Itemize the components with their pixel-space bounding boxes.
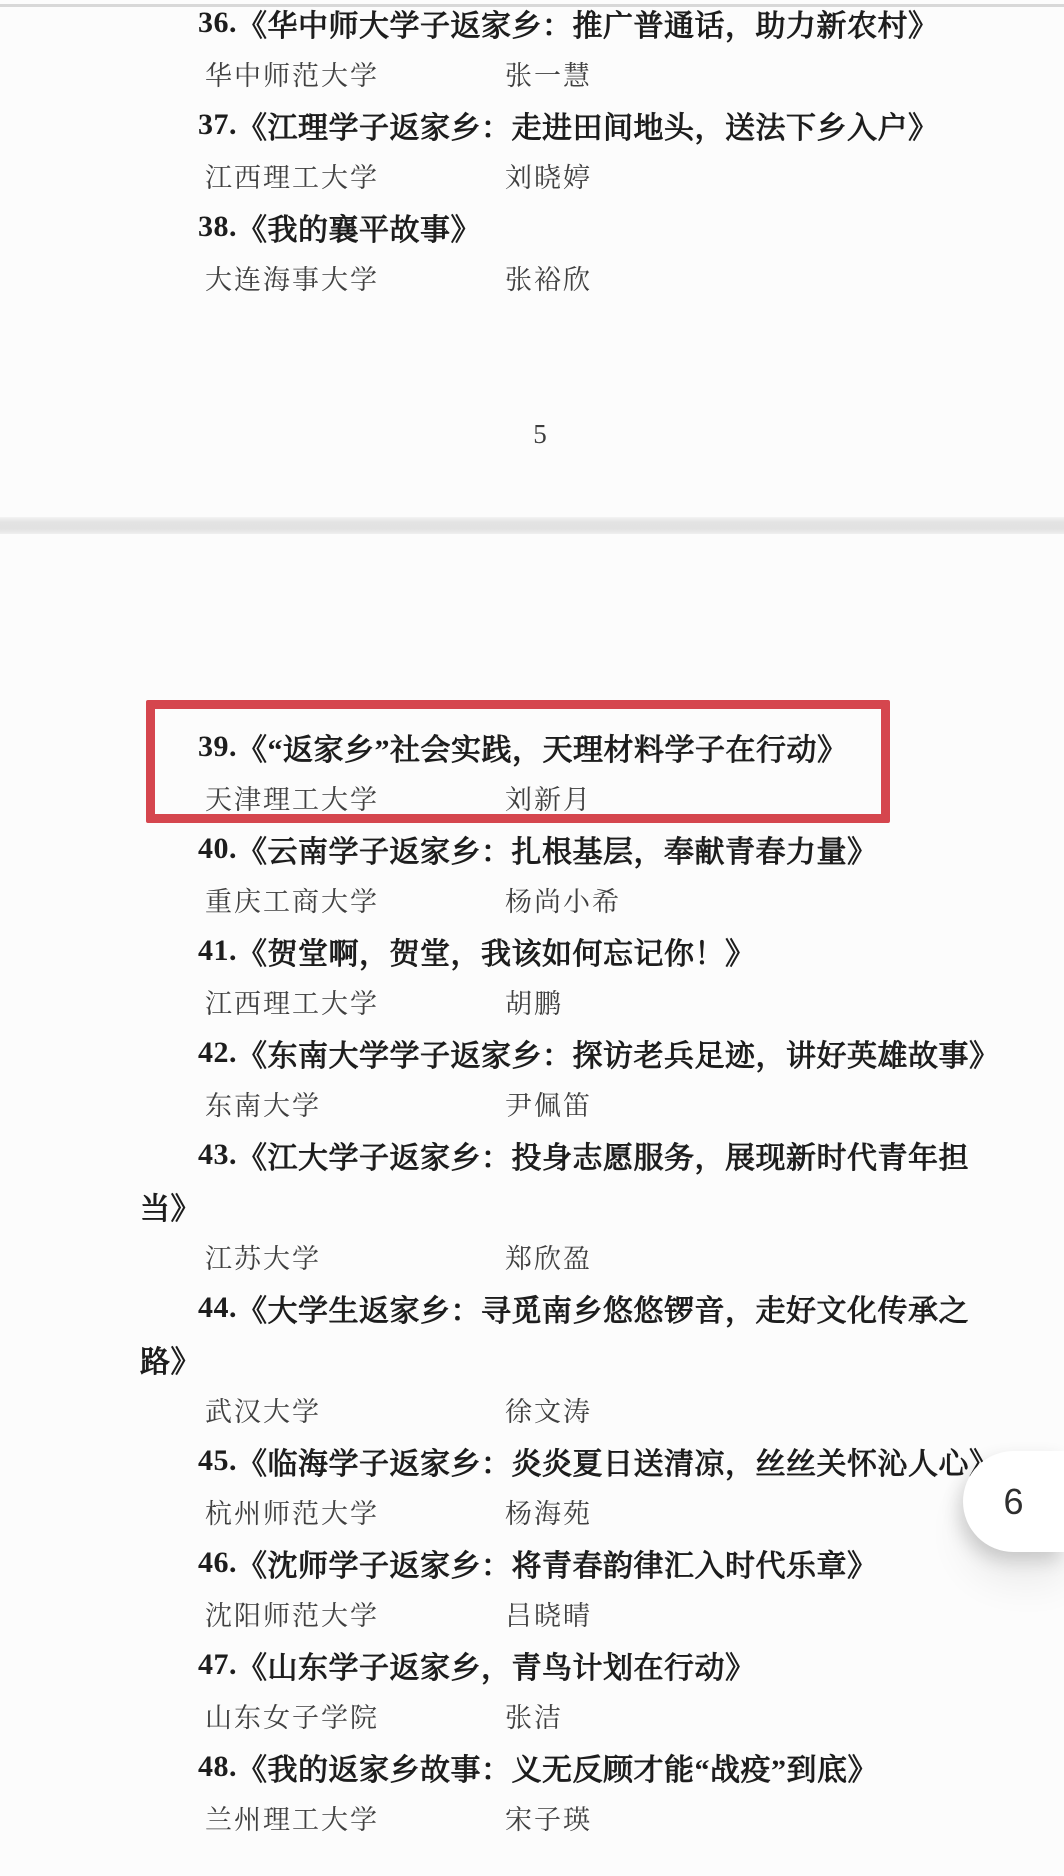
entry-39-title-line: 39.《“返家乡”社会实践，天理材料学子在行动》 bbox=[0, 721, 1064, 772]
page-indicator-number: 6 bbox=[1003, 1481, 1023, 1523]
entry-46-credit-line: 沈阳师范大学吕晓晴 bbox=[0, 1588, 1064, 1639]
entry-48-credit-line: 兰州理工大学宋子瑛 bbox=[0, 1792, 1064, 1843]
entry-author: 杨海苑 bbox=[505, 1492, 592, 1531]
entry-47-title-line: 47.《山东学子返家乡，青鸟计划在行动》 bbox=[0, 1639, 1064, 1690]
entry-title-continued: 当》 bbox=[140, 1184, 201, 1228]
entry-author: 刘新月 bbox=[505, 778, 592, 817]
entry-number: 48. bbox=[198, 1750, 237, 1784]
entry-school: 东南大学 bbox=[205, 1084, 505, 1123]
entry-title: 《大学生返家乡：寻觅南乡悠悠锣音，走好文化传承之 bbox=[237, 1286, 969, 1330]
entry-47-credit-line: 山东女子学院张洁 bbox=[0, 1690, 1064, 1741]
entry-44-title-line: 44.《大学生返家乡：寻觅南乡悠悠锣音，走好文化传承之 bbox=[0, 1282, 1064, 1333]
entry-title: 《我的襄平故事》 bbox=[237, 205, 481, 249]
entry-37-title-line: 37.《江理学子返家乡：走进田间地头，送法下乡入户》 bbox=[0, 99, 1064, 150]
entry-40-title-line: 40.《云南学子返家乡：扎根基层，奉献青春力量》 bbox=[0, 823, 1064, 874]
document-viewer: 36.《华中师大学子返家乡：推广普通话，助力新农村》 华中师范大学张一慧 37.… bbox=[0, 0, 1064, 1876]
entry-title-continued: 路》 bbox=[140, 1337, 201, 1381]
entry-author: 杨尚小希 bbox=[505, 880, 621, 919]
entry-title: 《沈师学子返家乡：将青春韵律汇入时代乐章》 bbox=[237, 1541, 878, 1585]
entry-number: 46. bbox=[198, 1546, 237, 1580]
page-indicator-pill[interactable]: 6 bbox=[963, 1451, 1064, 1552]
entry-number: 36. bbox=[198, 6, 237, 40]
entry-author: 郑欣盈 bbox=[505, 1237, 592, 1276]
entry-author: 宋子瑛 bbox=[505, 1798, 592, 1837]
entry-37-credit-line: 江西理工大学刘晓婷 bbox=[0, 150, 1064, 201]
entry-title: 《东南大学学子返家乡：探访老兵足迹，讲好英雄故事》 bbox=[237, 1031, 1000, 1075]
entry-title: 《贺堂啊，贺堂，我该如何忘记你！》 bbox=[237, 929, 756, 973]
page-5-footer-number: 5 bbox=[0, 419, 1064, 450]
entry-36-title-line: 36.《华中师大学子返家乡：推广普通话，助力新农村》 bbox=[0, 0, 1064, 48]
entry-school: 江苏大学 bbox=[205, 1237, 505, 1276]
entry-number: 37. bbox=[198, 108, 237, 142]
entry-title: 《江理学子返家乡：走进田间地头，送法下乡入户》 bbox=[237, 103, 939, 147]
entry-title: 《“返家乡”社会实践，天理材料学子在行动》 bbox=[237, 725, 848, 769]
entry-school: 武汉大学 bbox=[205, 1390, 505, 1429]
entry-38-credit-line: 大连海事大学张裕欣 bbox=[0, 252, 1064, 303]
entry-43-title-wrap-line: 当》 bbox=[0, 1180, 1064, 1231]
entry-author: 徐文涛 bbox=[505, 1390, 592, 1429]
entry-author: 尹佩笛 bbox=[505, 1084, 592, 1123]
entry-41-title-line: 41.《贺堂啊，贺堂，我该如何忘记你！》 bbox=[0, 925, 1064, 976]
entry-36-credit-line: 华中师范大学张一慧 bbox=[0, 48, 1064, 99]
entry-author: 张洁 bbox=[505, 1696, 563, 1735]
entry-author: 张一慧 bbox=[505, 54, 592, 93]
entry-number: 38. bbox=[198, 210, 237, 244]
page-6: 39.《“返家乡”社会实践，天理材料学子在行动》 天津理工大学刘新月 40.《云… bbox=[0, 721, 1064, 1843]
entry-number: 41. bbox=[198, 934, 237, 968]
entry-44-credit-line: 武汉大学徐文涛 bbox=[0, 1384, 1064, 1435]
entry-42-credit-line: 东南大学尹佩笛 bbox=[0, 1078, 1064, 1129]
entry-number: 42. bbox=[198, 1036, 237, 1070]
entry-number: 39. bbox=[198, 730, 237, 764]
entry-title: 《临海学子返家乡：炎炎夏日送清凉，丝丝关怀沁人心》 bbox=[237, 1439, 1000, 1483]
entry-title: 《云南学子返家乡：扎根基层，奉献青春力量》 bbox=[237, 827, 878, 871]
entry-46-title-line: 46.《沈师学子返家乡：将青春韵律汇入时代乐章》 bbox=[0, 1537, 1064, 1588]
entry-number: 47. bbox=[198, 1648, 237, 1682]
entry-school: 沈阳师范大学 bbox=[205, 1594, 505, 1633]
entry-41-credit-line: 江西理工大学胡鹏 bbox=[0, 976, 1064, 1027]
entry-school: 华中师范大学 bbox=[205, 54, 505, 93]
entry-school: 江西理工大学 bbox=[205, 156, 505, 195]
entry-38-title-line: 38.《我的襄平故事》 bbox=[0, 201, 1064, 252]
entry-number: 44. bbox=[198, 1291, 237, 1325]
entry-39-credit-line: 天津理工大学刘新月 bbox=[0, 772, 1064, 823]
entry-48-title-line: 48.《我的返家乡故事：义无反顾才能“战疫”到底》 bbox=[0, 1741, 1064, 1792]
page-separator-band bbox=[0, 517, 1064, 534]
entry-42-title-line: 42.《东南大学学子返家乡：探访老兵足迹，讲好英雄故事》 bbox=[0, 1027, 1064, 1078]
entry-author: 张裕欣 bbox=[505, 258, 592, 297]
entry-40-credit-line: 重庆工商大学杨尚小希 bbox=[0, 874, 1064, 925]
page-5: 36.《华中师大学子返家乡：推广普通话，助力新农村》 华中师范大学张一慧 37.… bbox=[0, 0, 1064, 303]
entry-number: 43. bbox=[198, 1138, 237, 1172]
entry-school: 江西理工大学 bbox=[205, 982, 505, 1021]
entry-school: 大连海事大学 bbox=[205, 258, 505, 297]
entry-43-title-line: 43.《江大学子返家乡：投身志愿服务，展现新时代青年担 bbox=[0, 1129, 1064, 1180]
entry-title: 《山东学子返家乡，青鸟计划在行动》 bbox=[237, 1643, 756, 1687]
entry-school: 山东女子学院 bbox=[205, 1696, 505, 1735]
entry-title: 《华中师大学子返家乡：推广普通话，助力新农村》 bbox=[237, 1, 939, 45]
entry-school: 杭州师范大学 bbox=[205, 1492, 505, 1531]
entry-title: 《我的返家乡故事：义无反顾才能“战疫”到底》 bbox=[237, 1745, 878, 1789]
entry-45-title-line: 45.《临海学子返家乡：炎炎夏日送清凉，丝丝关怀沁人心》 bbox=[0, 1435, 1064, 1486]
entry-author: 胡鹏 bbox=[505, 982, 563, 1021]
entry-title: 《江大学子返家乡：投身志愿服务，展现新时代青年担 bbox=[237, 1133, 969, 1177]
entry-school: 兰州理工大学 bbox=[205, 1798, 505, 1837]
entry-43-credit-line: 江苏大学郑欣盈 bbox=[0, 1231, 1064, 1282]
entry-number: 45. bbox=[198, 1444, 237, 1478]
entry-school: 天津理工大学 bbox=[205, 778, 505, 817]
entry-school: 重庆工商大学 bbox=[205, 880, 505, 919]
entry-44-title-wrap-line: 路》 bbox=[0, 1333, 1064, 1384]
entry-45-credit-line: 杭州师范大学杨海苑 bbox=[0, 1486, 1064, 1537]
entry-author: 吕晓晴 bbox=[505, 1594, 592, 1633]
entry-author: 刘晓婷 bbox=[505, 156, 592, 195]
entry-number: 40. bbox=[198, 832, 237, 866]
